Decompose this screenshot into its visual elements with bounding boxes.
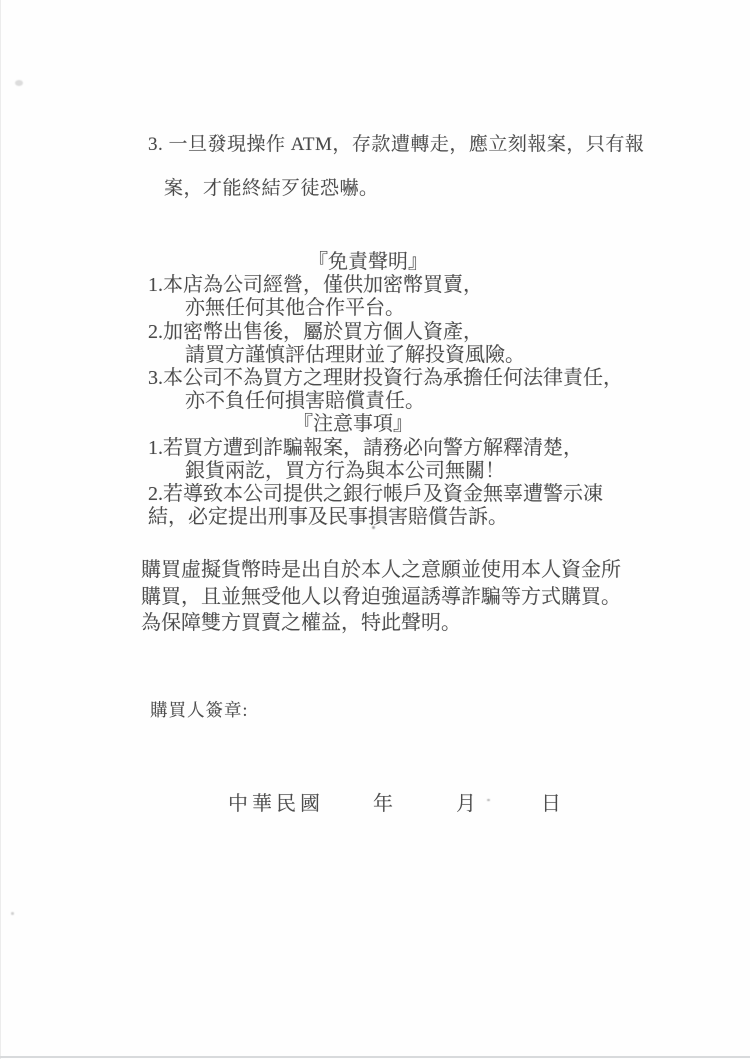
atm-warning-line-1: 3. 一旦發現操作 ATM，存款遭轉走，應立刻報案，只有報 (148, 132, 644, 158)
notices-item-1-cont: 銀貨兩訖，買方行為與本公司無關！ (148, 460, 623, 483)
disclaimer-item-2: 2.加密幣出售後，屬於買方個人資產， (148, 321, 623, 344)
atm-warning-item: 3. 一旦發現操作 ATM，存款遭轉走，應立刻報案，只有報 案，才能終結歹徒恐嚇… (148, 132, 644, 202)
atm-warning-line-2: 案，才能終結歹徒恐嚇。 (148, 176, 644, 202)
scan-edge-left (0, 0, 1, 1059)
date-day-label: 日 (541, 793, 565, 815)
declaration-line-3: 為保障雙方買賣之權益，特此聲明。 (141, 610, 621, 637)
buyer-signature-label: 購買人簽章: (150, 697, 248, 722)
declaration-line-2: 購買，且並無受他人以脅迫強逼誘導詐騙等方式購買。 (141, 584, 621, 611)
notices-title: 『注意事項』 (148, 413, 623, 436)
date-month-label: 月 (456, 793, 480, 815)
notices-item-2-cont: 結，必定提出刑事及民事損害賠償告訴。 (148, 506, 623, 529)
roc-date-line: 中華民國年月日 (228, 787, 565, 816)
disclaimer-item-3: 3.本公司不為買方之理財投資行為承擔任何法律責任， (148, 367, 623, 390)
declaration-line-1: 購買虛擬貨幣時是出自於本人之意願並使用本人資金所 (141, 557, 621, 584)
date-year-label: 年 (373, 793, 397, 815)
notices-item-1: 1.若買方遭到詐騙報案，請務必向警方解釋清楚， (148, 437, 623, 460)
disclaimer-item-3-cont: 亦不負任何損害賠償責任。 (148, 390, 623, 413)
scan-speck (11, 912, 14, 915)
scanned-document-page: 3. 一旦發現操作 ATM，存款遭轉走，應立刻報案，只有報 案，才能終結歹徒恐嚇… (0, 0, 750, 1059)
purchase-declaration-paragraph: 購買虛擬貨幣時是出自於本人之意願並使用本人資金所 購買，且並無受他人以脅迫強逼誘… (141, 557, 621, 637)
disclaimer-and-notices-section: 『免責聲明』 1.本店為公司經營，僅供加密幣買賣， 亦無任何其他合作平台。 2.… (148, 251, 623, 529)
notices-item-2: 2.若導致本公司提供之銀行帳戶及資金無辜遭警示凍 (148, 483, 623, 506)
scan-edge-bottom (0, 1056, 750, 1058)
disclaimer-item-1-cont: 亦無任何其他合作平台。 (148, 297, 623, 320)
disclaimer-item-2-cont: 請買方謹慎評估理財並了解投資風險。 (148, 344, 623, 367)
date-era-label: 中華民國 (228, 793, 324, 815)
scan-speck (15, 80, 23, 86)
disclaimer-title: 『免責聲明』 (148, 251, 623, 274)
disclaimer-item-1: 1.本店為公司經營，僅供加密幣買賣， (148, 274, 623, 297)
